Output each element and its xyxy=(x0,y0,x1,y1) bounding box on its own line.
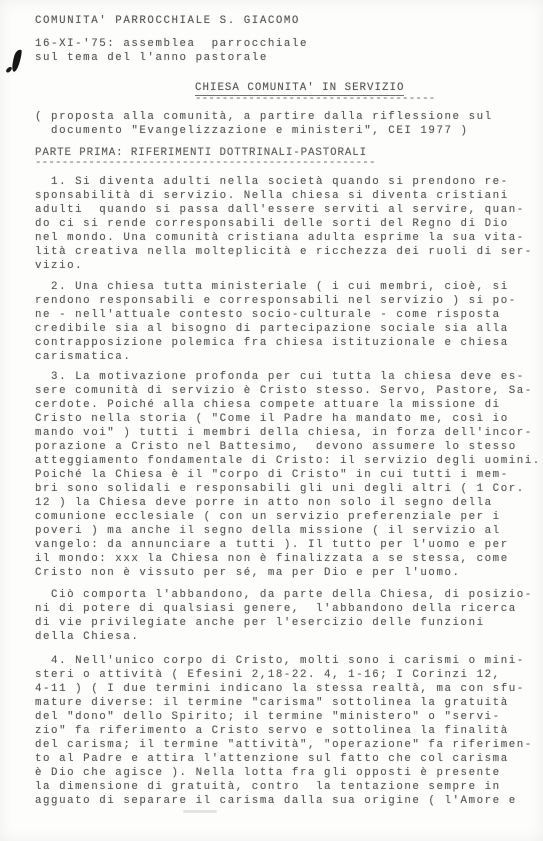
text-line: mature diverse: il termine "carisma" sot… xyxy=(35,696,517,710)
text-line: sponsabilità di servizio. Nella chiesa s… xyxy=(35,189,517,203)
text-line: adulti quando si passa dall'essere servi… xyxy=(35,203,517,217)
text-line: ni di potere di qualsiasi genere, l'abba… xyxy=(35,602,517,616)
paragraph-1: 1. Si diventa adulti nella società quand… xyxy=(35,175,517,273)
text-line: 4. Nell'unico corpo di Cristo, molti son… xyxy=(35,654,517,668)
paragraph-3: 3. La motivazione profonda per cui tutta… xyxy=(35,370,517,580)
text-line: Cristo nella storia ( "Come il Padre ha … xyxy=(35,412,517,426)
scan-smudge xyxy=(183,810,217,813)
text-line: vizio. xyxy=(35,259,517,273)
text-line: 3. La motivazione profonda per cui tutta… xyxy=(35,370,517,384)
text-line: comunione ecclesiale ( con un servizio p… xyxy=(35,510,517,524)
paragraph-4: 4. Nell'unico corpo di Cristo, molti son… xyxy=(35,654,517,808)
text-line: sul tema del l'anno pastorale xyxy=(35,51,517,65)
text-line: lità creativa nella molteplicità e ricch… xyxy=(35,245,517,259)
text-line: vangelo: da annunciare a tutti ). Il tut… xyxy=(35,538,517,552)
text-line: atteggiamento fondamentale di Cristo: il… xyxy=(35,454,517,468)
section-heading: PARTE PRIMA: RIFERIMENTI DOTTRINALI-PAST… xyxy=(35,147,517,160)
text-line: 4-11 ) ( I due termini indicano la stess… xyxy=(35,682,517,696)
text-line: agguato di separare il carisma dalla sua… xyxy=(35,794,517,808)
text-line: do ci si rende corresponsabili delle sor… xyxy=(35,217,517,231)
text-line: credibile sia al bisogno di partecipazio… xyxy=(35,322,517,336)
section-heading-block: PARTE PRIMA: RIFERIMENTI DOTTRINALI-PAST… xyxy=(35,147,517,167)
text-line: poveri ) ma anche il segno della mission… xyxy=(35,524,517,538)
text-line: porazione a Cristo nel Battesimo, devono… xyxy=(35,440,517,454)
text-line: steri o attività ( Efesini 2,18-22. 4, 1… xyxy=(35,668,517,682)
text-line: 16-XI-'75: assemblea parrocchiale xyxy=(35,37,517,51)
text-line: zio" fa riferimento a Cristo servo e sot… xyxy=(35,724,517,738)
text-line: di vie privilegiate anche per l'esercizi… xyxy=(35,616,517,630)
paragraph-3-continuation: Ciò comporta l'abbandono, da parte della… xyxy=(35,588,517,644)
text-line: del carisma; il termine "attività", "ope… xyxy=(35,738,517,752)
title-block: CHIESA COMUNITA' IN SERVIZIO -----------… xyxy=(195,77,440,103)
document-title: CHIESA COMUNITA' IN SERVIZIO xyxy=(195,82,404,96)
text-line: della Chiesa. xyxy=(35,630,517,644)
text-line: 12 ) la Chiesa deve porre in atto non so… xyxy=(35,496,517,510)
text-line: il mondo: xxx la Chiesa non è finalizzat… xyxy=(35,552,517,566)
text-line: ( proposta alla comunità, a partire dall… xyxy=(35,110,517,124)
text-line: Poiché la Chiesa è il "corpo di Cristo" … xyxy=(35,468,517,482)
scanned-document-page: COMUNITA' PARROCCHIALE S. GIACOMO 16-XI-… xyxy=(0,0,543,841)
text-line: Cristo non è vissuto per sé, ma per Dio … xyxy=(35,566,517,580)
text-line: 1. Si diventa adulti nella società quand… xyxy=(35,175,517,189)
text-line: è Dio che agisce ). Nella lotta fra gli … xyxy=(35,766,517,780)
text-line: bri sono solidali e responsabili gli uni… xyxy=(35,482,517,496)
meeting-info: 16-XI-'75: assemblea parrocchialesul tem… xyxy=(35,37,517,65)
text-line: sere comunità di servizio è Cristo stess… xyxy=(35,384,517,398)
paragraph-2: 2. Una chiesa tutta ministeriale ( i cui… xyxy=(35,280,517,364)
text-line: ne - nell'attuale contesto socio-cultura… xyxy=(35,308,517,322)
subtitle-block: ( proposta alla comunità, a partire dall… xyxy=(35,110,517,138)
text-line: carismatica. xyxy=(35,350,517,364)
header-organization: COMUNITA' PARROCCHIALE S. GIACOMO xyxy=(35,14,517,28)
title-underline-rule: ------------------------------------ xyxy=(195,96,440,103)
text-line: to al Padre e attira l'attenzione sul fa… xyxy=(35,752,517,766)
text-line: mando voi" ) tutti i membri della chiesa… xyxy=(35,426,517,440)
text-line: contrapposizione polemica fra chiesa ist… xyxy=(35,336,517,350)
heading-underline-rule: ----------------------------------------… xyxy=(35,160,517,167)
text-line: 2. Una chiesa tutta ministeriale ( i cui… xyxy=(35,280,517,294)
text-line: documento "Evangelizzazione e ministeri"… xyxy=(35,124,517,138)
text-line: del "dono" dello Spirito; il termine "mi… xyxy=(35,710,517,724)
text-line: la dimensione di gratuità, contro la ten… xyxy=(35,780,517,794)
text-line: Ciò comporta l'abbandono, da parte della… xyxy=(35,588,517,602)
text-line: cerdote. Poiché alla chiesa compete attu… xyxy=(35,398,517,412)
text-line: rendono responsabili e corresponsabili n… xyxy=(35,294,517,308)
text-line: nel mondo. Una comunità cristiana adulta… xyxy=(35,231,517,245)
